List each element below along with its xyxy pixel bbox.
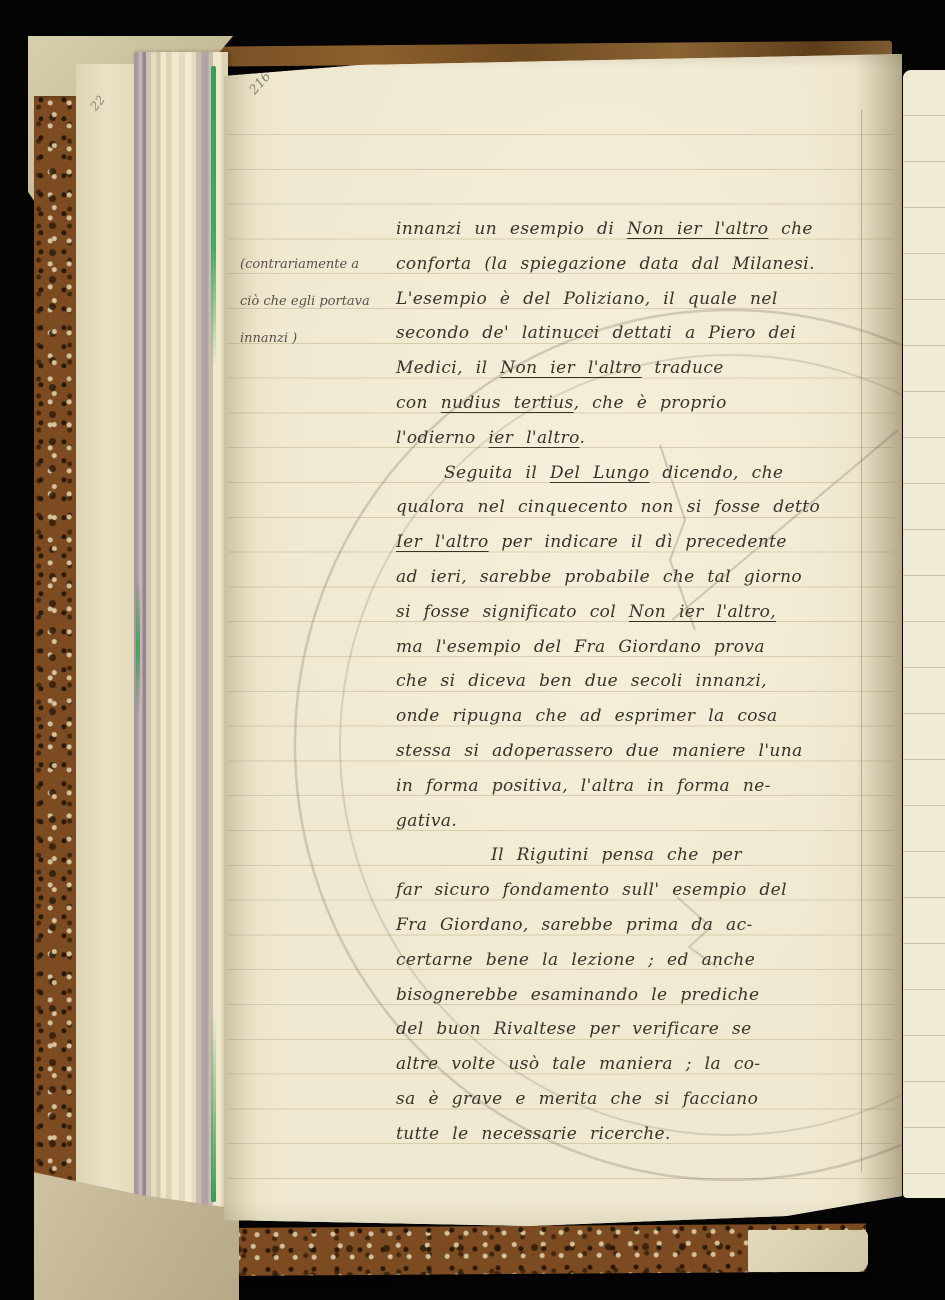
text-segment: L'esempio è del Poliziano, il quale nel (396, 289, 778, 309)
text-segment: qualora nel cinquecento non si fosse det… (396, 497, 820, 517)
text-segment: , che è proprio (574, 393, 727, 413)
manuscript-line: sa è grave e merita che si facciano (396, 1082, 888, 1117)
underlined-phrase: Non ier l'altro (500, 358, 641, 378)
text-segment: sa è grave e merita che si facciano (396, 1089, 758, 1109)
manuscript-line: ma l'esempio del Fra Giordano prova (396, 630, 888, 665)
manuscript-line: onde ripugna che ad esprimer la cosa (396, 699, 888, 734)
manuscript-line: l'odierno ier l'altro. (396, 421, 888, 456)
text-segment: Medici, il (396, 358, 500, 378)
manuscript-line: Ier l'altro per indicare il dì precedent… (396, 525, 888, 560)
text-segment: bisognerebbe esaminando le prediche (396, 985, 759, 1005)
text-segment: far sicuro fondamento sull' esempio del (396, 880, 787, 900)
manuscript-line: si fosse significato col Non ier l'altro… (396, 595, 888, 630)
manuscript-line: certarne bene la lezione ; ed anche (396, 943, 888, 978)
underlined-phrase: Non ier l'altro (627, 219, 768, 239)
margin-note-line: ciò che egli portava (240, 283, 410, 320)
parchment-corner-bottom-right (748, 1230, 868, 1272)
text-segment: ad ieri, sarebbe probabile che tal giorn… (396, 567, 802, 587)
text-segment: l'odierno (396, 428, 488, 448)
manuscript-line: Seguita il Del Lungo dicendo, che (396, 456, 888, 491)
page-edges-deckle-stack (134, 52, 228, 1228)
text-segment: traduce (642, 358, 724, 378)
manuscript-line: del buon Rivaltese per verificare se (396, 1012, 888, 1047)
margin-note-line: (contrariamente a (240, 246, 410, 283)
margin-note-line: innanzi ) (240, 320, 410, 357)
text-segment: Seguita il (444, 463, 550, 483)
text-segment: onde ripugna che ad esprimer la cosa (396, 706, 778, 726)
underlined-phrase: ier l'altro (488, 428, 579, 448)
manuscript-line: qualora nel cinquecento non si fosse det… (396, 490, 888, 525)
text-segment: Il Rigutini pensa che per (491, 845, 742, 865)
text-segment: ma l'esempio del Fra Giordano prova (396, 637, 765, 657)
underlined-phrase: Ier l'altro (396, 532, 489, 552)
manuscript-line: altre volte usò tale maniera ; la co- (396, 1047, 888, 1082)
manuscript-line: in forma positiva, l'altra in forma ne- (396, 769, 888, 804)
manuscript-line: ad ieri, sarebbe probabile che tal giorn… (396, 560, 888, 595)
text-segment: certarne bene la lezione ; ed anche (396, 950, 755, 970)
manuscript-line: conforta (la spiegazione data dal Milane… (396, 247, 888, 282)
photo-black-background: 22 216 (contrariamente aciò che egli por… (0, 0, 945, 1300)
left-page-number: 22 (87, 93, 108, 114)
text-segment: con (396, 393, 441, 413)
text-segment: altre volte usò tale maniera ; la co- (396, 1054, 761, 1074)
underlined-phrase: nudius tertius (441, 393, 574, 413)
margin-note: (contrariamente aciò che egli portavainn… (240, 246, 410, 357)
text-segment: in forma positiva, l'altra in forma ne- (396, 776, 771, 796)
manuscript-line: L'esempio è del Poliziano, il quale nel (396, 282, 888, 317)
underlying-right-page (903, 70, 945, 1198)
manuscript-text: innanzi un esempio di Non ier l'altro ch… (396, 212, 888, 1152)
text-segment: che (768, 219, 813, 239)
manuscript-line: Il Rigutini pensa che per (396, 838, 888, 873)
manuscript-line: bisognerebbe esaminando le prediche (396, 978, 888, 1013)
text-segment: dicendo, che (649, 463, 783, 483)
text-segment: gativa. (396, 811, 457, 831)
manuscript-page: 216 (contrariamente aciò che egli portav… (224, 50, 902, 1234)
manuscript-line: far sicuro fondamento sull' esempio del (396, 873, 888, 908)
text-segment: secondo de' latinucci dettati a Piero de… (396, 323, 796, 343)
text-segment: per indicare il dì precedente (489, 532, 787, 552)
text-segment: conforta (la spiegazione data dal Milane… (396, 254, 815, 274)
manuscript-line: stessa si adoperassero due maniere l'una (396, 734, 888, 769)
manuscript-line: Medici, il Non ier l'altro traduce (396, 351, 888, 386)
underlined-phrase: Del Lungo (550, 463, 649, 483)
text-segment: del buon Rivaltese per verificare se (396, 1019, 752, 1039)
text-segment: innanzi un esempio di (396, 219, 627, 239)
deckle-green-stripe (211, 1012, 216, 1202)
manuscript-line: gativa. (396, 804, 888, 839)
text-segment: tutte le necessarie ricerche. (396, 1124, 671, 1144)
manuscript-line: tutte le necessarie ricerche. (396, 1117, 888, 1152)
deckle-green-stripe (211, 66, 216, 366)
manuscript-line: secondo de' latinucci dettati a Piero de… (396, 316, 888, 351)
manuscript-line: Fra Giordano, sarebbe prima da ac- (396, 908, 888, 943)
manuscript-line: innanzi un esempio di Non ier l'altro ch… (396, 212, 888, 247)
text-segment: Fra Giordano, sarebbe prima da ac- (396, 915, 753, 935)
text-segment: . (579, 428, 585, 448)
deckle-green-stripe (136, 581, 140, 711)
manuscript-line: che si diceva ben due secoli innanzi, (396, 664, 888, 699)
text-segment: che si diceva ben due secoli innanzi, (396, 671, 767, 691)
underlined-phrase: Non ier l'altro, (629, 602, 776, 622)
text-segment: si fosse significato col (396, 602, 629, 622)
text-segment: stessa si adoperassero due maniere l'una (396, 741, 803, 761)
manuscript-line: con nudius tertius, che è proprio (396, 386, 888, 421)
